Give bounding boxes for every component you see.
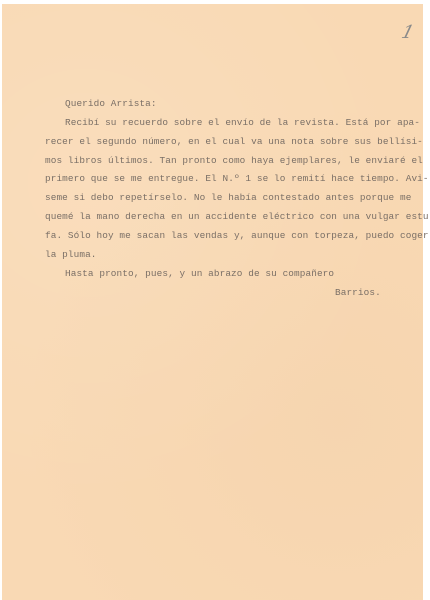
closing: Hasta pronto, pues, y un abrazo de su co… — [65, 268, 334, 279]
body-line: Recibí su recuerdo sobre el envío de la … — [65, 117, 420, 128]
body-line: mos libros últimos. Tan pronto como haya… — [45, 155, 423, 166]
body-line: la pluma. — [45, 249, 97, 260]
signature: Barrios. — [335, 287, 381, 298]
body-line: recer el segundo número, en el cual va u… — [45, 136, 423, 147]
salutation: Querido Arrista: — [65, 98, 157, 109]
body-line: primero que se me entregue. El N.º 1 se … — [45, 173, 429, 184]
body-line: seme si debo repetírselo. No le había co… — [45, 192, 411, 203]
page-number: 1 — [399, 22, 416, 43]
body-line: quemé la mano derecha en un accidente el… — [45, 211, 430, 222]
letter-page: 1 Querido Arrista: Recibí su recuerdo so… — [2, 4, 423, 600]
body-line: fa. Sólo hoy me sacan las vendas y, aunq… — [45, 230, 429, 241]
